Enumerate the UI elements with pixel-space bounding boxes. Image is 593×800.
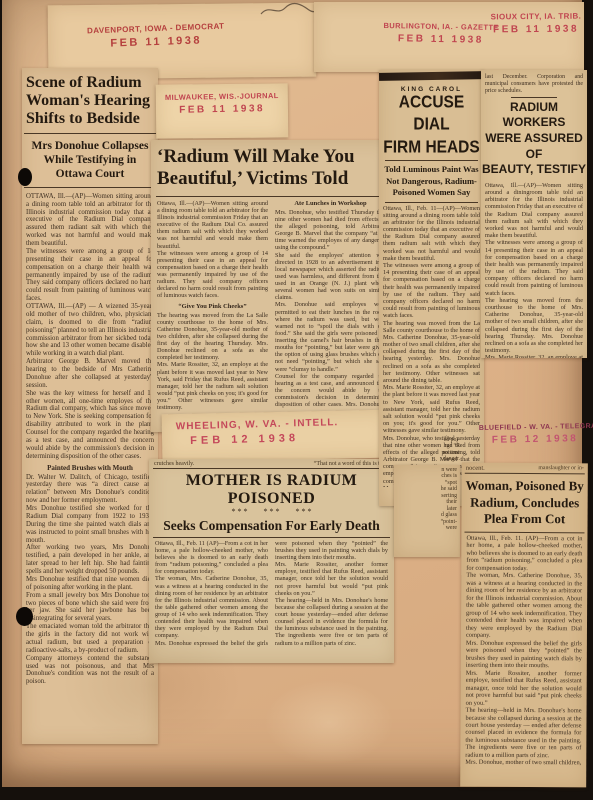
beautiful-body-2: The hearing was moved from the La Salle … [157,312,268,412]
divider [156,196,387,197]
stamp-bluefield-date: FEB 12 1938 [479,433,591,446]
workers-headline: RADIUM WORKERS WERE ASSURED OF BEAUTY, T… [481,100,587,178]
divider [385,202,478,203]
bedside-body-1: OTTAWA, Ill.—(AP)—Women sitting around a… [26,193,154,461]
divider [153,537,390,538]
scrapbook-page: DAVENPORT, IOWA - DEMOCRAT FEB 11 1938 S… [2,0,582,787]
mother-headline: MOTHER IS RADIUM POISONED [149,470,394,508]
clipping-beautiful: ‘Radium Will Make You Beautiful,’ Victim… [151,140,392,432]
cot-fragment-left: nocent. [466,465,485,472]
stamp-bluefield: BLUEFIELD - W. VA. - TELEGRAPH FEB 12 19… [479,423,591,446]
ink-blot [16,607,33,626]
stamp-milwaukee-source: MILWAUKEE, WIS.-JOURNAL [160,91,284,102]
torn-edge [379,71,484,81]
divider [464,532,584,534]
cot-fragment-top: manslaughter or in- [538,465,583,472]
torn-fragment-strip-2: n were ches is “spot he said serting the… [394,465,460,557]
paper-stain [264,680,394,765]
cot-body: Ottawa, Ill., Feb. 11. (AP)—From a cot i… [465,535,582,768]
beautiful-headline: ‘Radium Will Make You Beautiful,’ Victim… [151,140,392,194]
stamp-milwaukee: MILWAUKEE, WIS.-JOURNAL FEB 11 1938 [160,91,284,116]
mother-fragment-right: “That not a word of this is true. [314,461,389,467]
divider [24,187,156,188]
mother-body-columns: Ottawa, Ill., Feb. 11 (AP)—From a cot in… [155,540,388,652]
divider [385,160,478,161]
beautiful-body-3: Mrs. Donohue, who testified Thursday tha… [275,200,386,412]
clipping-bedside: Scene of Radium Woman's Hearing Shifts t… [22,68,158,744]
bedside-crosshead: Painted Brushes with Mouth [26,464,154,472]
mother-stars: * * * * * * * * * [149,508,394,517]
beautiful-body-1: Ottawa, Ill.—(AP)—Women sitting around a… [157,200,268,300]
stamp-bluefield-source: BLUEFIELD - W. VA. - TELEGRAPH [479,423,591,432]
divider [153,468,390,469]
torn-fragment-text-2: n were ches is “spot he said serting the… [394,465,460,534]
stamp-sioux-city-date: FEB 11 1938 [480,24,592,36]
mother-fragment-left: crutches heavily. [154,461,194,467]
torn-fragment-strip-1: ed poi- rge “R no time danger. [394,437,460,463]
stamp-sioux-city-source: SIOUX CITY, IA. TRIB. [480,12,592,22]
stamp-wheeling: WHEELING, W. VA. - INTELL. FEB 12 1938 [168,416,367,447]
mother-subheadline: Seeks Compensation For Early Death [149,517,394,536]
stamp-milwaukee-date: FEB 11 1938 [160,103,284,116]
bedside-body-2: Dr. Walter W. Dalitch, of Chicago, testi… [26,474,154,687]
clipping-mother: crutches heavily. “That not a word of th… [149,459,394,663]
beautiful-body-columns: Ottawa, Ill.—(AP)—Women sitting around a… [157,200,386,412]
workers-fragment: last December. Corporation and municipal… [485,74,583,95]
stamp-sioux-city: SIOUX CITY, IA. TRIB. FEB 11 1938 [480,12,592,36]
bedside-subhead: Mrs Donohue Collapses While Testifying i… [22,137,158,184]
mother-body: Ottawa, Ill., Feb. 11 (AP)—From a cot in… [155,540,388,652]
cot-headline: Woman, Poisoned By Radium, Concludes Ple… [461,475,587,531]
accuse-subhead: Told Luminous Paint Was Not Dangerous, R… [379,163,484,199]
workers-body: Ottawa, Ill.—(AP)—Women sitting around a… [485,182,583,358]
torn-fragment-text-1: ed poi- rge “R no time danger. [394,437,460,463]
beautiful-crosshead-2: Ate Lunches in Workshop [275,200,386,207]
clipping-workers: last December. Corporation and municipal… [481,70,587,358]
accuse-headline: ACCUSE DIAL FIRM HEADS [379,92,484,159]
divider [24,133,156,134]
beautiful-crosshead-1: “Give You Pink Cheeks” [157,303,268,310]
bedside-headline: Scene of Radium Woman's Hearing Shifts t… [22,68,158,130]
ink-blot [18,168,32,186]
clipping-cot: nocent. manslaughter or in- Woman, Poiso… [460,463,588,788]
divider [511,97,557,98]
